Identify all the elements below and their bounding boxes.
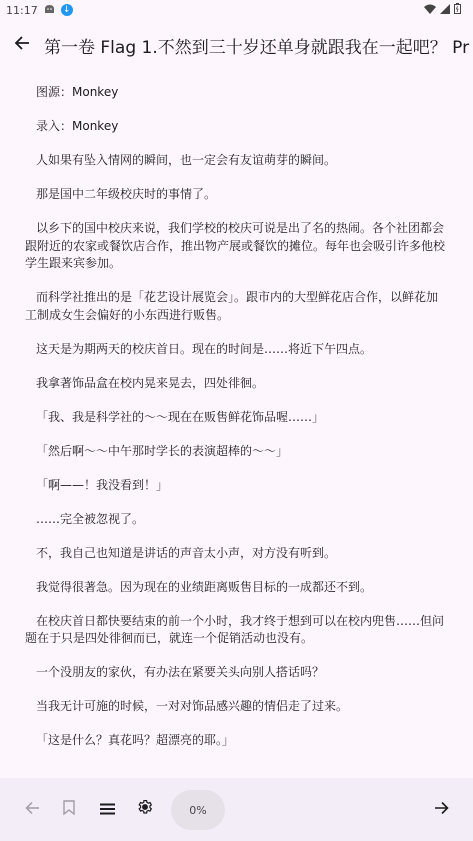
- paragraph: 在校庆首日都快要结束的前一个小时，我才终于想到可以在校内兜售……但问题在于只是四…: [25, 613, 447, 648]
- arrow-left-icon: [25, 800, 40, 819]
- paragraph: 录入：Monkey: [25, 118, 447, 136]
- paragraph: 我拿著饰品盒在校内晃来晃去，四处徘徊。: [25, 375, 447, 393]
- paragraph: 以乡下的国中校庆来说，我们学校的校庆可说是出了名的热闹。各个社团都会跟附近的农家…: [25, 220, 447, 273]
- paragraph: 一个没朋友的家伙，有办法在紧要关头向别人搭话吗？: [25, 664, 447, 682]
- status-time: 11:17: [6, 4, 38, 17]
- back-button[interactable]: [0, 23, 44, 67]
- paragraph: 「这是什么？真花吗？超漂亮的耶。」: [25, 732, 447, 750]
- arrow-right-icon: [434, 800, 449, 819]
- settings-button[interactable]: [126, 790, 164, 828]
- paragraph: 我觉得很著急。因为现在的业绩距离贩售目标的一成都还不到。: [25, 579, 447, 597]
- paragraph: 而科学社推出的是「花艺设计展览会」。跟市内的大型鲜花店合作，以鲜花加工制成女生会…: [25, 289, 447, 324]
- paragraph: ……完全被忽视了。: [25, 511, 447, 529]
- gear-icon: [137, 799, 153, 819]
- progress-label: 0%: [189, 804, 206, 817]
- wifi-icon: [424, 4, 436, 17]
- download-icon: ↓: [61, 4, 73, 16]
- paragraph: 这天是为期两天的校庆首日。现在的时间是……将近下午四点。: [25, 341, 447, 359]
- paragraph: 不，我自己也知道是讲话的声音太小声，对方没有听到。: [25, 545, 447, 563]
- next-chapter-button[interactable]: [422, 790, 460, 828]
- paragraph: 「啊——！我没看到！」: [25, 477, 447, 495]
- paragraph: 人如果有坠入情网的瞬间，也一定会有友谊萌芽的瞬间。: [25, 152, 447, 170]
- battery-icon: [454, 3, 461, 17]
- android-debug-icon: [44, 4, 55, 17]
- table-of-contents-button[interactable]: [88, 790, 126, 828]
- menu-icon: [100, 800, 115, 819]
- status-bar: 11:17 ↓: [0, 0, 473, 20]
- prev-chapter-button[interactable]: [13, 790, 51, 828]
- app-bar: 第一卷 Flag 1.不然到三十岁还单身就跟我在一起吧？ Pr: [0, 22, 473, 68]
- reading-progress-button[interactable]: 0%: [171, 790, 225, 830]
- paragraph: 那是国中二年级校庆时的事情了。: [25, 186, 447, 204]
- paragraph: 「然后啊～～中午那时学长的表演超棒的～～」: [25, 443, 447, 461]
- paragraph: 图源：Monkey: [25, 84, 447, 102]
- reader-content[interactable]: 图源：Monkey 录入：Monkey 人如果有坠入情网的瞬间，也一定会有友谊萌…: [25, 84, 447, 766]
- bookmark-icon: [63, 800, 75, 819]
- reader-bottom-bar: 0%: [0, 778, 473, 841]
- chapter-title: 第一卷 Flag 1.不然到三十岁还单身就跟我在一起吧？ Pr: [44, 33, 469, 58]
- paragraph: 当我无计可施的时候，一对对饰品感兴趣的情侣走了过来。: [25, 698, 447, 716]
- bookmark-button[interactable]: [50, 790, 88, 828]
- arrow-left-icon: [14, 35, 30, 55]
- paragraph: 「我、我是科学社的～～现在在贩售鲜花饰品喔……」: [25, 409, 447, 427]
- signal-icon: [440, 4, 450, 17]
